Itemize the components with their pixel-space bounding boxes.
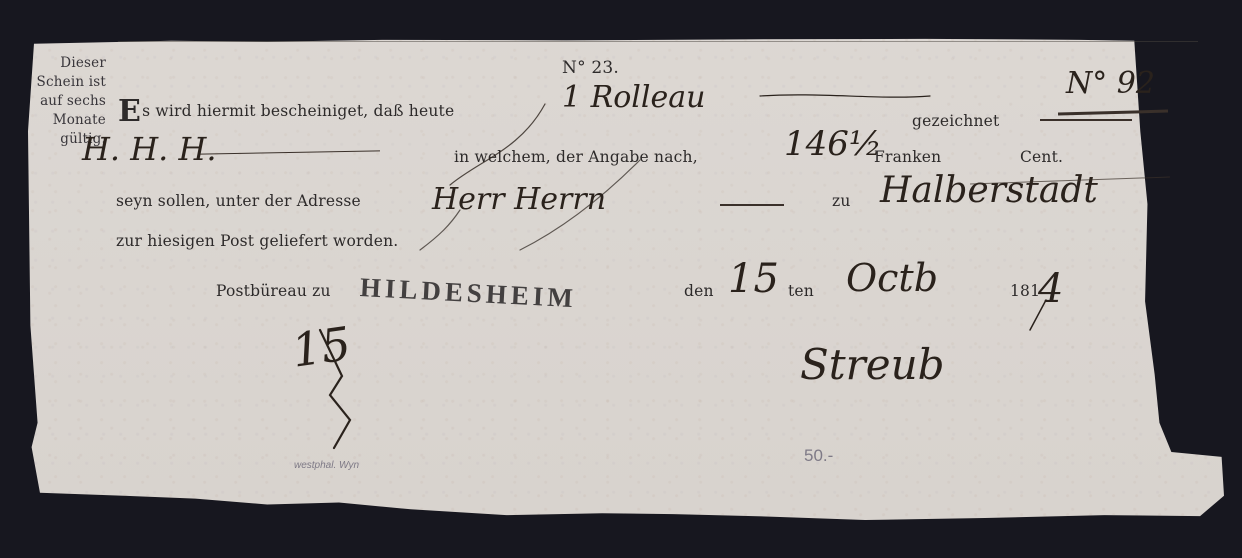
handwritten-year-suffix: 4	[1038, 266, 1063, 312]
printed-ten: ten	[788, 282, 814, 300]
handwritten-fee-mark: 15	[289, 316, 354, 378]
printed-franken: Franken	[874, 148, 941, 166]
pencil-price-note: 50.-	[804, 446, 833, 466]
handwritten-amount: 146½	[784, 124, 882, 164]
handwritten-mark: H. H. H.	[82, 130, 217, 168]
line1-text: s wird hiermit bescheiniget, daß heute	[142, 102, 454, 120]
printed-gezeichnet: gezeichnet	[912, 112, 999, 130]
side-note-line: Dieser	[32, 54, 106, 73]
handwritten-receipt-number: N° 92	[1066, 66, 1155, 101]
side-note-line: Schein ist	[32, 73, 106, 92]
addressee-dash	[720, 204, 784, 206]
handwritten-city: Halberstadt	[880, 170, 1098, 211]
number-underline-2	[1040, 119, 1132, 121]
printed-line-2a: in welchem, der Angabe nach,	[454, 148, 698, 166]
handwritten-addressee: Herr Herrn	[432, 182, 606, 217]
decorative-initial: E	[118, 94, 141, 129]
printed-line-3a: seyn sollen, unter der Adresse	[116, 192, 361, 210]
printed-line-1: Es wird hiermit bescheiniget, daß heute	[118, 94, 454, 129]
printed-year-prefix: 181	[1010, 282, 1040, 300]
scan-background: Dieser Schein ist auf sechs Monate gülti…	[0, 0, 1242, 558]
printed-den: den	[684, 282, 714, 300]
handwritten-month: Octb	[846, 256, 938, 300]
handwritten-item: 1 Rolleau	[562, 80, 705, 115]
form-number: N° 23.	[562, 58, 619, 78]
side-note-line: Monate	[32, 111, 106, 130]
clerk-signature: Streub	[800, 340, 945, 389]
printed-line-4: zur hiesigen Post geliefert worden.	[116, 232, 398, 250]
side-note-line: auf sechs	[32, 92, 106, 111]
top-border-rule	[118, 41, 1198, 42]
printed-zu: zu	[832, 192, 851, 210]
pencil-note-westphalia: westphal. Wyn	[294, 460, 359, 471]
printed-postbureau: Postbüreau zu	[216, 282, 331, 300]
printed-cent: Cent.	[1020, 148, 1063, 166]
handwritten-day: 15	[728, 256, 779, 302]
